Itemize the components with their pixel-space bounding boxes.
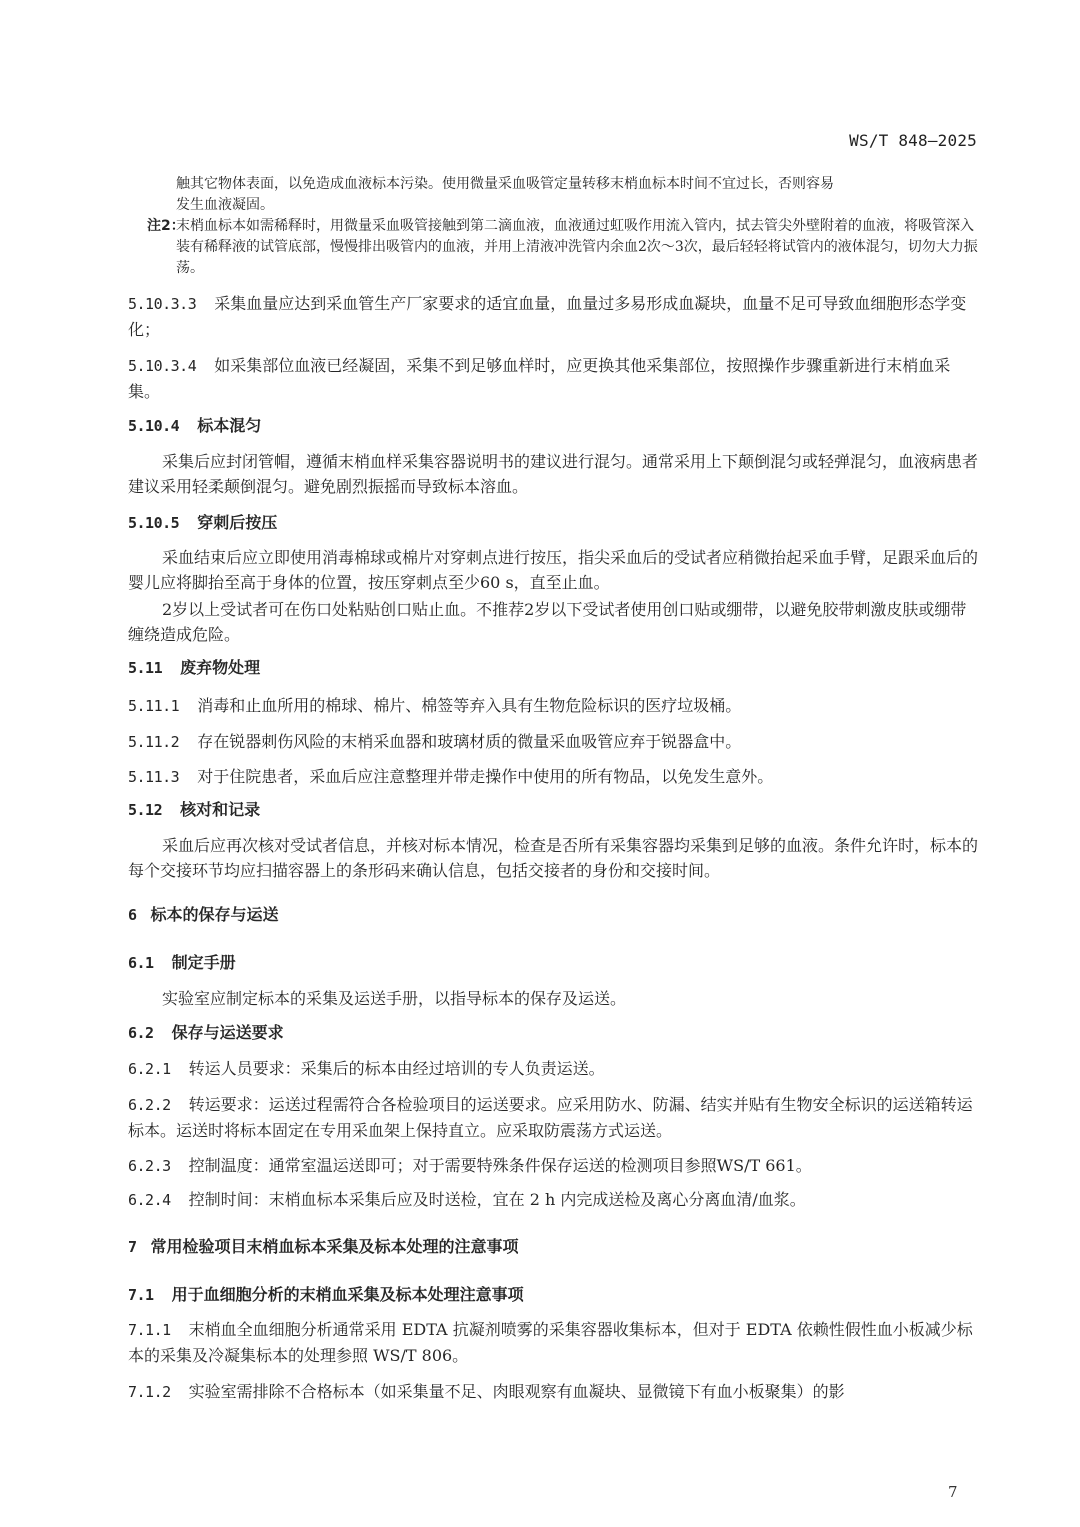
heading-title: 制定手册 bbox=[172, 953, 236, 972]
clause-text: 采集血量应达到采血管生产厂家要求的适宜血量，血量过多易形成血凝块，血量不足可导致… bbox=[128, 294, 966, 339]
heading-5-11: 5.11废弃物处理 bbox=[128, 655, 978, 681]
clause-6-2-3: 6.2.3控制温度：通常室温运送即可；对于需要特殊条件保存运送的检测项目参照WS… bbox=[128, 1153, 978, 1179]
clause-5-11-3: 5.11.3对于住院患者，采血后应注意整理并带走操作中使用的所有物品，以免发生意… bbox=[128, 764, 978, 790]
note2-text: 末梢血标本如需稀释时，用微量采血吸管接触到第二滴血液，血液通过虹吸作用流入管内，… bbox=[176, 218, 978, 276]
document-code: WS/T 848—2025 bbox=[849, 131, 977, 150]
clause-text: 消毒和止血所用的棉球、棉片、棉签等弃入具有生物危险标识的医疗垃圾桶。 bbox=[197, 696, 741, 715]
note1-continuation: 触其它物体表面，以免造成血液标本污染。使用微量采血吸管定量转移末梢血标本时间不宜… bbox=[176, 174, 978, 216]
clause-number: 5.10.3.4 bbox=[128, 357, 196, 375]
clause-text: 控制时间：末梢血标本采集后应及时送检，宜在 2 h 内完成送检及离心分离血清/血… bbox=[189, 1190, 806, 1209]
clause-number: 6.2.3 bbox=[128, 1157, 171, 1175]
paragraph-5-10-5-b: 2岁以上受试者可在伤口处粘贴创口贴止血。不推荐2岁以下受试者使用创口贴或绷带，以… bbox=[128, 597, 978, 647]
clause-5-10-3-3: 5.10.3.3采集血量应达到采血管生产厂家要求的适宜血量，血量过多易形成血凝块… bbox=[128, 291, 978, 342]
clause-text: 转运人员要求：采集后的标本由经过培训的专人负责运送。 bbox=[189, 1059, 605, 1078]
clause-6-2-1: 6.2.1转运人员要求：采集后的标本由经过培训的专人负责运送。 bbox=[128, 1056, 978, 1082]
clause-6-2-2: 6.2.2转运要求：运送过程需符合各检验项目的运送要求。应采用防水、防漏、结实并… bbox=[128, 1092, 978, 1143]
clause-6-2-4: 6.2.4控制时间：末梢血标本采集后应及时送检，宜在 2 h 内完成送检及离心分… bbox=[128, 1187, 978, 1213]
heading-number: 6 bbox=[128, 906, 137, 924]
clause-text: 存在锐器刺伤风险的末梢采血器和玻璃材质的微量采血吸管应弃于锐器盒中。 bbox=[197, 732, 741, 751]
note1-line2: 发生血液凝固。 bbox=[176, 195, 978, 216]
clause-5-10-3-4: 5.10.3.4如采集部位血液已经凝固，采集不到足够血样时，应更换其他采集部位，… bbox=[128, 353, 978, 404]
heading-number: 6.1 bbox=[128, 954, 154, 972]
heading-number: 5.10.4 bbox=[128, 417, 179, 435]
clause-text: 转运要求：运送过程需符合各检验项目的运送要求。应采用防水、防漏、结实并贴有生物安… bbox=[128, 1095, 973, 1140]
note2-label: 注2： bbox=[147, 216, 185, 237]
heading-6-2: 6.2保存与运送要求 bbox=[128, 1020, 978, 1046]
heading-title: 常用检验项目末梢血标本采集及标本处理的注意事项 bbox=[151, 1237, 519, 1256]
clause-7-1-2: 7.1.2实验室需排除不合格标本（如采集量不足、肉眼观察有血凝块、显微镜下有血小… bbox=[128, 1379, 978, 1405]
clause-text: 控制温度：通常室温运送即可；对于需要特殊条件保存运送的检测项目参照WS/T 66… bbox=[189, 1156, 812, 1175]
heading-title: 标本混匀 bbox=[197, 416, 261, 435]
clause-number: 5.11.1 bbox=[128, 697, 179, 715]
clause-text: 对于住院患者，采血后应注意整理并带走操作中使用的所有物品，以免发生意外。 bbox=[197, 767, 773, 786]
clause-number: 7.1.1 bbox=[128, 1321, 171, 1339]
heading-title: 保存与运送要求 bbox=[172, 1023, 284, 1042]
heading-5-10-5: 5.10.5穿刺后按压 bbox=[128, 510, 978, 536]
clause-text: 实验室需排除不合格标本（如采集量不足、肉眼观察有血凝块、显微镜下有血小板聚集）的… bbox=[189, 1382, 845, 1401]
paragraph-6-1: 实验室应制定标本的采集及运送手册，以指导标本的保存及运送。 bbox=[128, 986, 978, 1011]
heading-6: 6标本的保存与运送 bbox=[128, 902, 978, 928]
paragraph-5-10-4: 采集后应封闭管帽，遵循末梢血样采集容器说明书的建议进行混匀。通常采用上下颠倒混匀… bbox=[128, 449, 978, 499]
note2: 注2： 末梢血标本如需稀释时，用微量采血吸管接触到第二滴血液，血液通过虹吸作用流… bbox=[176, 216, 978, 279]
page-number: 7 bbox=[948, 1483, 958, 1501]
clause-text: 末梢血全血细胞分析通常采用 EDTA 抗凝剂喷雾的采集容器收集标本，但对于 ED… bbox=[128, 1320, 973, 1365]
heading-number: 5.11 bbox=[128, 659, 162, 677]
heading-number: 5.12 bbox=[128, 801, 162, 819]
heading-title: 穿刺后按压 bbox=[197, 513, 277, 532]
heading-number: 7.1 bbox=[128, 1286, 154, 1304]
heading-title: 用于血细胞分析的末梢血采集及标本处理注意事项 bbox=[172, 1285, 524, 1304]
clause-5-11-2: 5.11.2存在锐器刺伤风险的末梢采血器和玻璃材质的微量采血吸管应弃于锐器盒中。 bbox=[128, 729, 978, 755]
heading-title: 标本的保存与运送 bbox=[151, 905, 279, 924]
clause-number: 6.2.1 bbox=[128, 1060, 171, 1078]
clause-7-1-1: 7.1.1末梢血全血细胞分析通常采用 EDTA 抗凝剂喷雾的采集容器收集标本，但… bbox=[128, 1317, 978, 1368]
heading-7: 7常用检验项目末梢血标本采集及标本处理的注意事项 bbox=[128, 1234, 978, 1260]
clause-number: 5.10.3.3 bbox=[128, 295, 196, 313]
clause-number: 6.2.4 bbox=[128, 1191, 171, 1209]
clause-number: 6.2.2 bbox=[128, 1096, 171, 1114]
document-page: WS/T 848—2025 触其它物体表面，以免造成血液标本污染。使用微量采血吸… bbox=[0, 0, 1080, 1527]
heading-title: 核对和记录 bbox=[180, 800, 260, 819]
clause-number: 7.1.2 bbox=[128, 1383, 171, 1401]
paragraph-5-12: 采血后应再次核对受试者信息，并核对标本情况，检查是否所有采集容器均采集到足够的血… bbox=[128, 833, 978, 883]
clause-text: 如采集部位血液已经凝固，采集不到足够血样时，应更换其他采集部位，按照操作步骤重新… bbox=[128, 356, 950, 401]
heading-number: 7 bbox=[128, 1238, 137, 1256]
clause-5-11-1: 5.11.1消毒和止血所用的棉球、棉片、棉签等弃入具有生物危险标识的医疗垃圾桶。 bbox=[128, 693, 978, 719]
note1-line1: 触其它物体表面，以免造成血液标本污染。使用微量采血吸管定量转移末梢血标本时间不宜… bbox=[176, 174, 978, 195]
heading-number: 5.10.5 bbox=[128, 514, 179, 532]
heading-number: 6.2 bbox=[128, 1024, 154, 1042]
clause-number: 5.11.2 bbox=[128, 733, 179, 751]
heading-6-1: 6.1制定手册 bbox=[128, 950, 978, 976]
clause-number: 5.11.3 bbox=[128, 768, 179, 786]
heading-5-10-4: 5.10.4标本混匀 bbox=[128, 413, 978, 439]
heading-7-1: 7.1用于血细胞分析的末梢血采集及标本处理注意事项 bbox=[128, 1282, 978, 1308]
heading-5-12: 5.12核对和记录 bbox=[128, 797, 978, 823]
heading-title: 废弃物处理 bbox=[180, 658, 260, 677]
paragraph-5-10-5-a: 采血结束后应立即使用消毒棉球或棉片对穿刺点进行按压，指尖采血后的受试者应稍微抬起… bbox=[128, 545, 978, 595]
